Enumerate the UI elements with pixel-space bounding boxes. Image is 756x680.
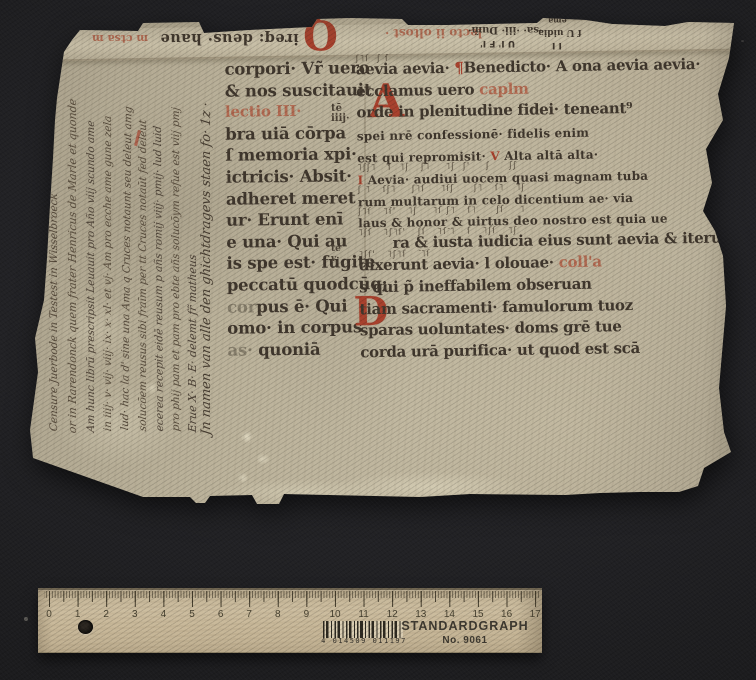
upside-down-fragment: m ctsa m xyxy=(92,32,148,45)
text-segment: ſ memoria xpi· xyxy=(225,145,356,165)
parchment-wrapper: m ctsa mireq: deus· haueQlecto ii oltost… xyxy=(0,0,756,680)
text-segment: ¶ xyxy=(454,58,464,76)
text-segment: Benedicto· xyxy=(463,57,555,76)
text-segment: coll'a xyxy=(559,253,602,272)
manuscript-line: as· quoniā xyxy=(227,338,361,361)
ruler-number: 3 xyxy=(125,609,145,620)
ruler: 01234567891011121314151617 4 014509 0111… xyxy=(38,588,542,653)
text-segment: corda urā purifica· ut quod est scā xyxy=(360,339,640,361)
ruler-model-label: No. 9061 xyxy=(385,635,545,646)
text-segment: ictricis· Absit· xyxy=(226,166,352,186)
upside-down-fragment: I I xyxy=(552,40,562,50)
manuscript-line: corda urā purifica· ut quod est scā xyxy=(360,337,660,364)
note-line: v· xyxy=(331,254,341,264)
text-segment: e una· Qui au xyxy=(226,231,347,251)
marginal-note: lud· hac la d' sine una Ama q Cruces not… xyxy=(119,106,134,431)
upside-down-fragment: f U uidia xyxy=(538,27,582,37)
manuscript-line-text: s qui p̃ ineffabilem obseruan xyxy=(359,274,592,296)
marginal-note: Erue X· B· E· delemt fr̃ matheus xyxy=(186,254,199,433)
upside-down-fragment: U I' F I' xyxy=(480,38,515,48)
ruler-number: 4 xyxy=(153,609,173,620)
text-segment: tiam sacramenti· famulorum tuoz xyxy=(359,296,633,318)
text-segment: as· xyxy=(227,340,252,359)
note-line: iiij· xyxy=(331,114,350,124)
ruler-number: 1 xyxy=(68,609,88,620)
text-segment: ur· Erunt enī xyxy=(226,210,343,230)
marginal-note: Censure Juerbode in Testest in Wisselbro… xyxy=(48,192,60,432)
ruler-number: 2 xyxy=(96,609,116,620)
text-segment: adheret meret xyxy=(226,188,356,208)
manuscript-line: adheret meret xyxy=(226,187,360,210)
text-segment: Alta altā alta· xyxy=(504,148,598,163)
manuscript-line-text: dixerunt aevia· l olouae· coll'a xyxy=(359,253,602,275)
marginal-note: or in Rarendonck quem frater Henricus de… xyxy=(66,98,79,434)
text-segment: A ona aevia aevia· xyxy=(556,55,701,75)
manuscript-line-text: tiam sacramenti· famulorum tuoz xyxy=(359,296,633,318)
manuscript-line-text: sparas uoluntates· doms grē tue xyxy=(360,318,622,340)
manuscript-line: corpus ē· Qui xyxy=(227,295,361,318)
text-segment: lectio III· xyxy=(225,102,301,121)
marginal-note: pro phij pam et pam pro ebte añs solucōy… xyxy=(170,106,182,432)
marginal-note: Am hunc librū prescripsit Leuauit pro Añ… xyxy=(85,120,97,433)
red-pen-stroke xyxy=(591,6,628,24)
ruler-number: 7 xyxy=(239,609,259,620)
manuscript-line-text: ecclamus uero caplm xyxy=(356,79,529,100)
text-segment: is spe est· fugite xyxy=(226,252,375,273)
ruler-brand-label: STANDARDGRAPH xyxy=(385,619,545,633)
text-segment: orde in plenitudine fidei· teneant⁹ xyxy=(356,99,632,121)
photo-stage: m ctsa mireq: deus· haueQlecto ii oltost… xyxy=(0,0,756,680)
text-segment: omo· in corpus xyxy=(227,317,362,337)
ruler-tick-scale xyxy=(44,591,540,607)
marginal-note: ecerea recepit eidē reusum p añs romij v… xyxy=(152,125,166,432)
upside-down-fragment: ireq: deus· haue xyxy=(160,30,299,47)
upside-down-fragment: Q xyxy=(303,14,338,54)
upside-down-fragment: ema xyxy=(548,16,567,26)
note-line: te xyxy=(331,244,341,254)
interlinear-note: tev· xyxy=(331,244,341,264)
manuscript-line-text: orde in plenitudine fidei· teneant⁹ xyxy=(356,99,632,121)
ruler-number: 5 xyxy=(182,609,202,620)
ruler-number: 0 xyxy=(39,609,59,620)
marginal-note: solucōem reusus sibi fraīm per tt Cruces… xyxy=(137,119,149,432)
text-segment: caplm xyxy=(479,79,529,98)
manuscript-line: bra uiā cōrpa xyxy=(225,122,359,145)
text-segment: pus ē· Qui xyxy=(256,296,347,316)
marginal-note: Jn namen van alle den ghichtdragevs stae… xyxy=(199,101,214,436)
text-segment: sparas uoluntates· doms grē tue xyxy=(360,318,622,340)
manuscript-line: peccatū quodcūq; xyxy=(227,273,361,296)
ruler-number: 10 xyxy=(325,609,345,620)
ruler-number: 11 xyxy=(354,609,374,620)
manuscript-line: omo· in corpus xyxy=(227,316,361,339)
text-segment: & nos suscitauit xyxy=(225,80,372,101)
ruler-number: 6 xyxy=(211,609,231,620)
text-segment: ecclamus uero xyxy=(356,80,479,100)
parchment-fragment: m ctsa mireq: deus· haueQlecto ii oltost… xyxy=(0,0,756,680)
text-segment: s qui p̃ ineffabilem obseruan xyxy=(359,274,592,296)
manuscript-line: ictricis· Absit· xyxy=(226,165,360,188)
manuscript-line: corpori· Vr̃ uero xyxy=(224,57,358,80)
text-segment: cor xyxy=(227,297,256,316)
manuscript-line: ur· Erunt enī xyxy=(226,208,360,231)
text-segment: dixerunt aevia· l olouae· xyxy=(359,253,559,274)
manuscript-line: & nos suscitauit xyxy=(225,79,359,102)
ruler-number: 9 xyxy=(296,609,316,620)
text-segment: aevia aevia· xyxy=(356,59,455,79)
interlinear-note: tēiiij· xyxy=(331,104,350,124)
manuscript-line-text: corda urā purifica· ut quod est scā xyxy=(360,339,640,361)
manuscript-line-text: spei nrē confessionē· fidelis enim xyxy=(357,126,589,144)
text-segment: spei nrē confessionē· fidelis enim xyxy=(357,126,589,144)
text-segment: quoniā xyxy=(252,339,320,359)
ruler-number: 8 xyxy=(268,609,288,620)
right-text-column: A D ʃ˥ſ ʃ ſaevia aevia· ¶Benedicto· A on… xyxy=(356,54,661,364)
upside-down-fragment: ·sa· ·iii· Dum̃· xyxy=(468,24,542,35)
text-segment: bra uiā cōrpa xyxy=(225,123,346,143)
text-segment: corpori· Vr̃ uero xyxy=(224,58,369,79)
manuscript-line: ſ memoria xpi· xyxy=(225,144,359,167)
marginal-note: in iiij· v· vij· viij· ix· x· xl· et vj·… xyxy=(102,115,114,432)
ruler-hole xyxy=(78,620,93,634)
